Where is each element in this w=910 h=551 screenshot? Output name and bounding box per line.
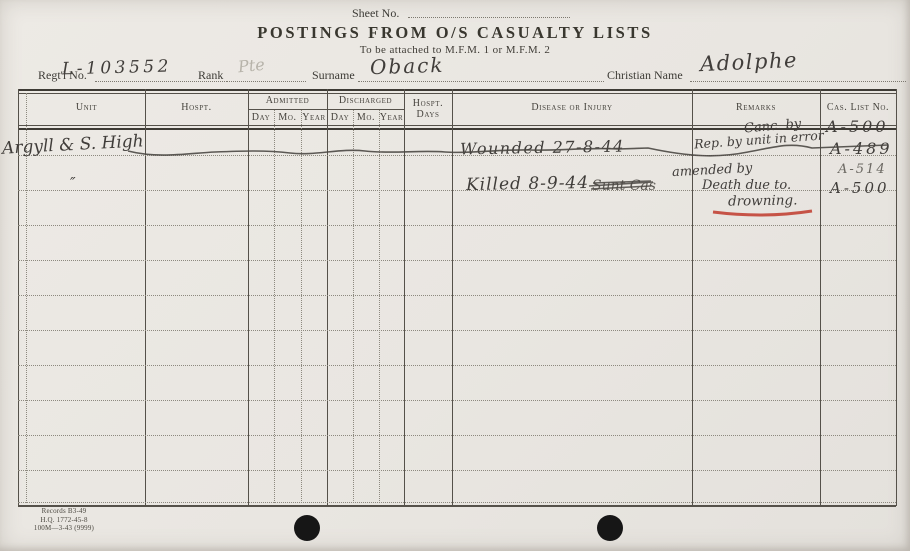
grid-line [18,155,896,156]
grid-line [18,89,896,91]
entry2-remarks-line2: Death due to. [702,178,791,193]
entry2-disease: Killed 8-9-44 [466,173,589,195]
grid-line [18,260,896,261]
col-header-discharged: Discharged [327,95,404,106]
christian-name-value: Adolphe [700,48,799,76]
grid-line [301,110,302,503]
entry1-remarks-line2: Rep. by unit in error [694,127,824,151]
grid-line [820,89,821,506]
col-header-hospt-days-1: Hospt. [404,98,452,109]
entry2-remarks-line3: drowning. [728,192,798,209]
grid-line [18,505,896,507]
grid-line [18,400,896,401]
grid-line [18,365,896,366]
grid-line [327,89,328,506]
grid-line [452,89,453,506]
grid-line [353,110,354,503]
grid-line [18,295,896,296]
footer-line1: Records B3-49 [10,507,118,516]
col-header-hospt-days-2: Days [404,109,452,120]
col-header-dis-mo: Mo. [353,112,379,123]
col-header-unit: Unit [28,102,145,113]
col-header-disease: Disease or Injury [452,102,692,113]
col-header-dis-day: Day [327,112,353,123]
grid-line [896,89,897,506]
grid-line [379,110,380,503]
grid-line [18,502,896,503]
rank-label: Rank [198,68,223,83]
col-header-adm-day: Day [248,112,274,123]
footer-imprint: Records B3-49 H.Q. 1772-45-8 100M—3-43 (… [10,507,118,533]
grid-line [248,109,404,110]
punch-hole-right [597,515,623,541]
drowning-red-underline [713,211,812,215]
grid-line [145,89,146,506]
col-header-adm-mo: Mo. [274,112,301,123]
sheet-no-line [408,4,570,18]
casualty-record-card: Sheet No. POSTINGS FROM O/S CASUALTY LIS… [0,0,910,551]
entry2-disease-struck-word: Sunt Cas [592,178,656,194]
sheet-no-label: Sheet No. [352,6,399,21]
entry2-cas-list-1: A-514 [838,162,887,177]
entry1-cas-list-2: A-489 [830,139,893,158]
footer-line3: 100M—3-43 (9999) [10,524,118,533]
grid-line [18,435,896,436]
grid-line [274,110,275,503]
col-header-hospt: Hospt. [145,102,248,113]
col-header-admitted: Admitted [248,95,327,106]
surname-label: Surname [312,68,355,83]
grid-line [18,330,896,331]
footer-line2: H.Q. 1772-45-8 [10,516,118,525]
punch-hole-left [294,515,320,541]
col-header-cas-list: Cas. List No. [820,102,896,113]
rank-value: Pte [237,55,266,77]
grid-line [18,470,896,471]
grid-line [18,225,896,226]
grid-line [248,89,249,506]
grid-line [692,89,693,506]
christian-name-label: Christian Name [607,68,683,83]
regtl-no-value: L-103552 [62,57,172,80]
form-title: POSTINGS FROM O/S CASUALTY LISTS [0,23,910,43]
ink-strokes-overlay [0,0,910,551]
col-header-dis-year: Year [379,112,404,123]
col-header-adm-year: Year [301,112,327,123]
entry1-disease: Wounded 27-8-44 [460,137,625,159]
entry2-cas-list-2: A-500 [830,179,890,197]
entry1-cas-list-1: A-500 [826,117,889,136]
grid-line [18,93,896,94]
col-header-remarks: Remarks [692,102,820,113]
surname-value: Oback [370,53,445,80]
entry2-unit-ditto: ″ [70,174,76,192]
grid-line [404,89,405,506]
